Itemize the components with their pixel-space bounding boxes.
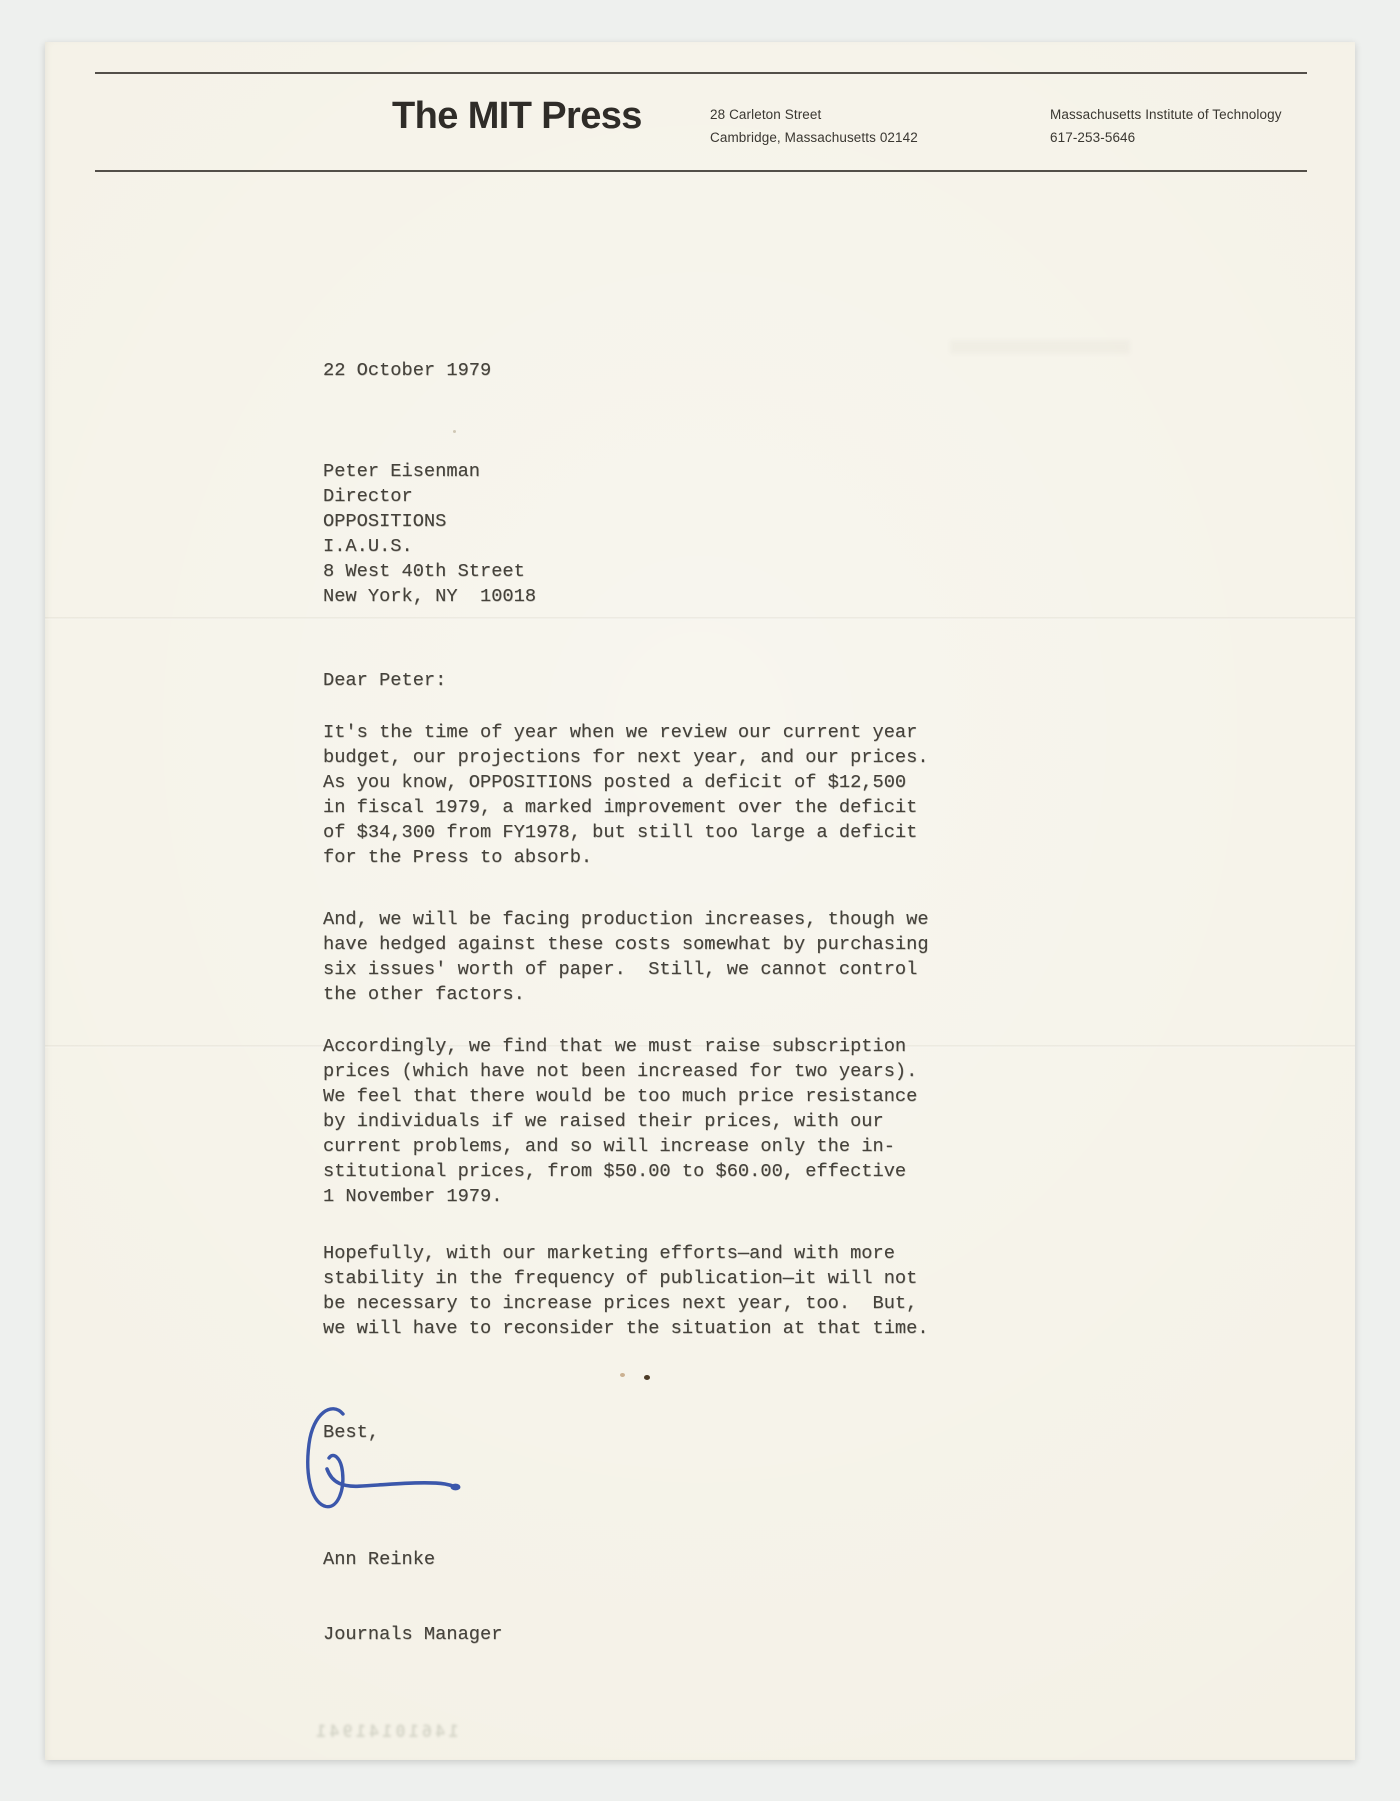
- signature-block: Ann Reinke Journals Manager: [323, 1497, 502, 1697]
- paper-fold-crease: [45, 617, 1355, 620]
- body-paragraph: Hopefully, with our marketing efforts—an…: [323, 1241, 929, 1341]
- body-paragraph: And, we will be facing production increa…: [323, 907, 929, 1007]
- letterhead-top-rule: [95, 72, 1307, 74]
- paper-speck: [620, 1373, 625, 1377]
- signer-name: Ann Reinke: [323, 1547, 502, 1572]
- recipient-address-block: Peter Eisenman Director OPPOSITIONS I.A.…: [323, 459, 536, 609]
- letterhead-institute-name: Massachusetts Institute of Technology: [1050, 103, 1282, 126]
- body-paragraph: Accordingly, we find that we must raise …: [323, 1034, 917, 1209]
- letter-page: The MIT Press 28 Carleton Street Cambrid…: [45, 42, 1355, 1760]
- signer-title: Journals Manager: [323, 1622, 502, 1647]
- paper-speck: [453, 430, 456, 433]
- letterhead-phone: 617-253-5646: [1050, 126, 1282, 149]
- letterhead-city: Cambridge, Massachusetts 02142: [710, 126, 918, 149]
- letterhead-institute: Massachusetts Institute of Technology 61…: [1050, 103, 1282, 149]
- letterhead-bottom-rule: [95, 170, 1307, 172]
- letterhead-address: 28 Carleton Street Cambridge, Massachuse…: [710, 103, 918, 149]
- ink-bleed-smudge: [950, 340, 1130, 354]
- bleed-through-mark: 14610141941: [313, 1722, 459, 1742]
- salutation: Dear Peter:: [323, 668, 446, 693]
- body-paragraph: It's the time of year when we review our…: [323, 720, 929, 870]
- paper-speck: [644, 1375, 650, 1380]
- press-name: The MIT Press: [392, 94, 642, 138]
- letter-date: 22 October 1979: [323, 358, 491, 383]
- letterhead-street: 28 Carleton Street: [710, 103, 918, 126]
